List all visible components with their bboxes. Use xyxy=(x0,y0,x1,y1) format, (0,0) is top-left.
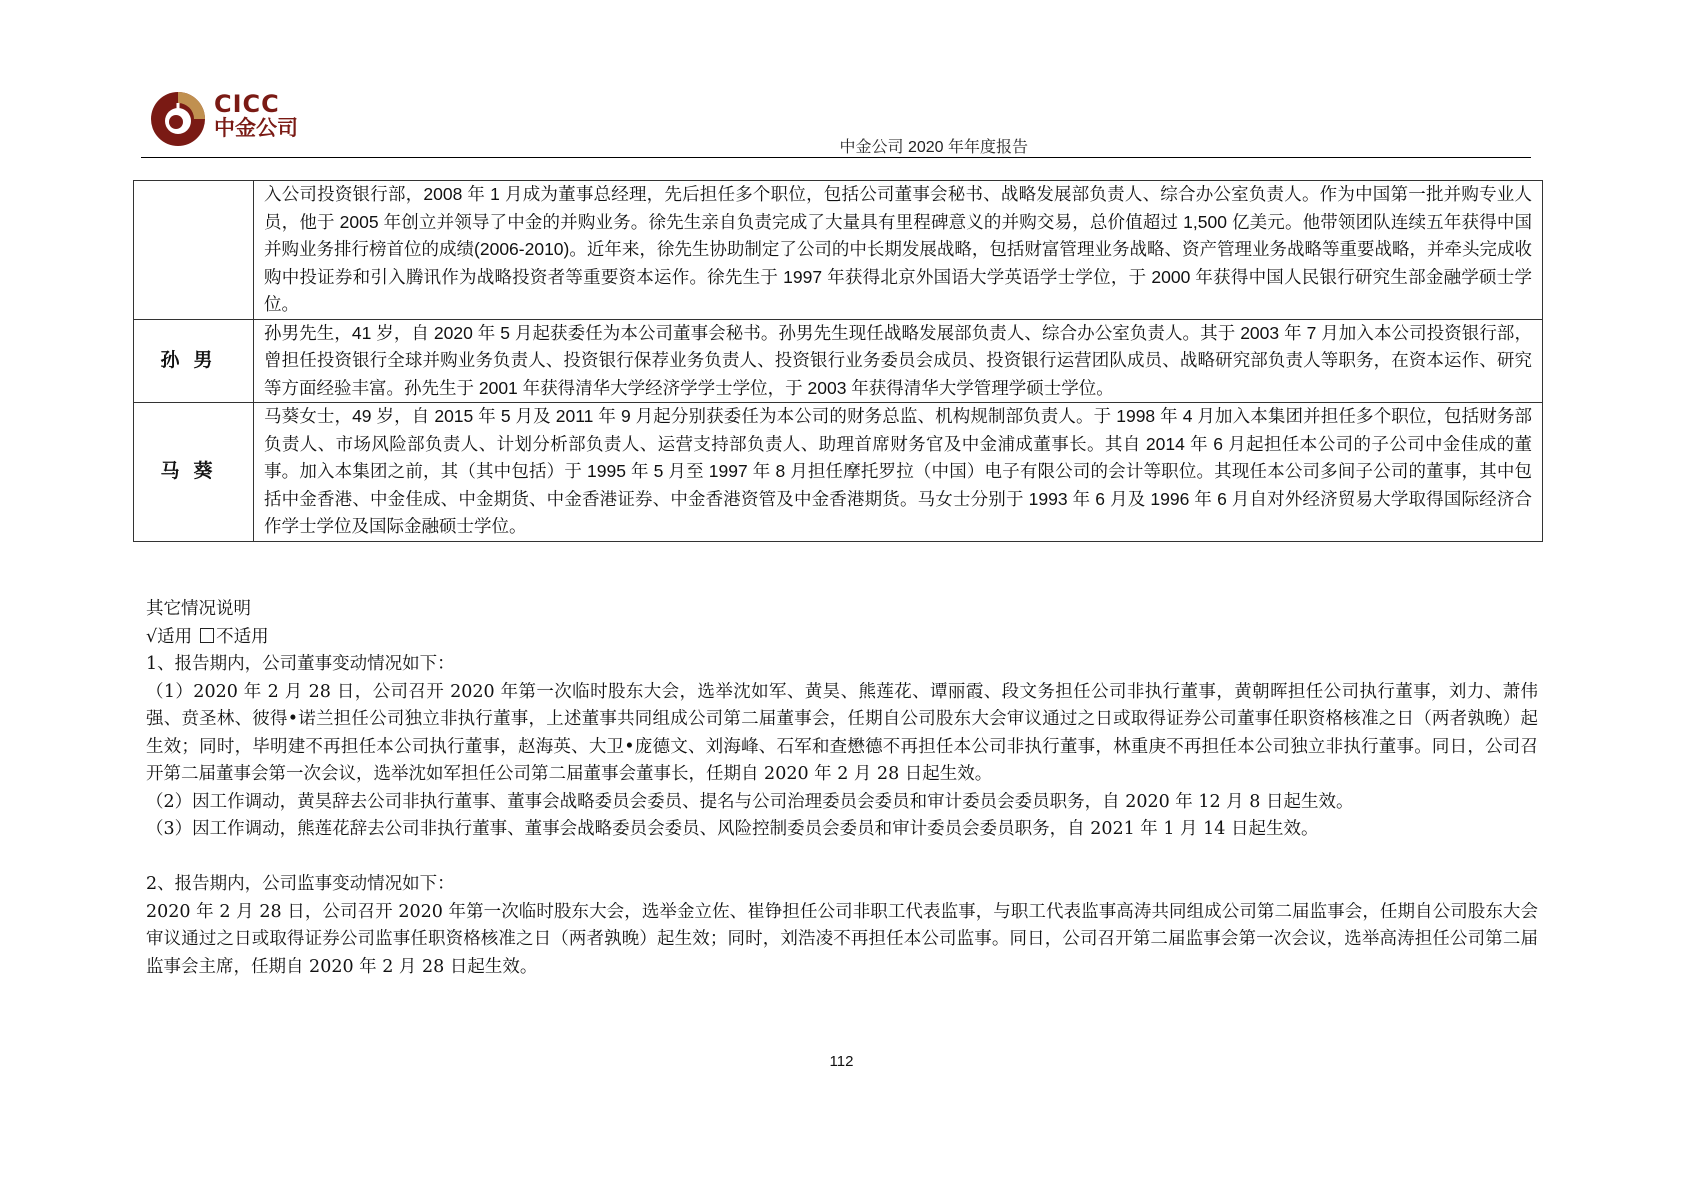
not-applicable-label: 不适用 xyxy=(216,627,269,647)
bio-name-cell: 马葵 xyxy=(134,403,254,542)
logo-text-cn: 中金公司 xyxy=(214,118,298,139)
bio-name-cell: 孙男 xyxy=(134,319,254,403)
applicability-line: √适用不适用 xyxy=(146,624,1538,652)
section-heading: 其它情况说明 xyxy=(146,596,1538,624)
bio-description-cell: 孙男先生，41 岁，自 2020 年 5 月起获委任为本公司董事会秘书。孙男先生… xyxy=(254,319,1543,403)
other-info-section: 其它情况说明 √适用不适用 1、报告期内，公司董事变动情况如下： （1）2020… xyxy=(146,596,1538,981)
header-divider xyxy=(141,157,1531,158)
empty-checkbox-icon xyxy=(200,628,214,643)
supervisors-change-heading: 2、报告期内，公司监事变动情况如下： xyxy=(146,871,1538,899)
logo-text: CICC 中金公司 xyxy=(214,92,298,139)
checkmark-icon: √ xyxy=(146,627,157,647)
page-number: 112 xyxy=(0,1053,1683,1070)
table-row: 入公司投资银行部，2008 年 1 月成为董事总经理，先后担任多个职位，包括公司… xyxy=(134,181,1543,320)
bio-description-cell: 马葵女士，49 岁，自 2015 年 5 月及 2011 年 9 月起分别获委任… xyxy=(254,403,1543,542)
executive-bio-table: 入公司投资银行部，2008 年 1 月成为董事总经理，先后担任多个职位，包括公司… xyxy=(133,180,1543,542)
table-row: 孙男 孙男先生，41 岁，自 2020 年 5 月起获委任为本公司董事会秘书。孙… xyxy=(134,319,1543,403)
report-title: 中金公司 2020 年年度报告 xyxy=(840,134,1029,157)
bio-name-cell xyxy=(134,181,254,320)
directors-change-item: （1）2020 年 2 月 28 日，公司召开 2020 年第一次临时股东大会，… xyxy=(146,679,1538,789)
bio-description-cell: 入公司投资银行部，2008 年 1 月成为董事总经理，先后担任多个职位，包括公司… xyxy=(254,181,1543,320)
directors-change-item: （2）因工作调动，黄昊辞去公司非执行董事、董事会战略委员会委员、提名与公司治理委… xyxy=(146,789,1538,817)
spacer xyxy=(146,844,1538,872)
supervisors-change-text: 2020 年 2 月 28 日，公司召开 2020 年第一次临时股东大会，选举金… xyxy=(146,899,1538,982)
applicable-label: 适用 xyxy=(157,627,192,647)
logo-text-en: CICC xyxy=(214,92,298,116)
cicc-logo-icon xyxy=(150,91,206,147)
directors-change-heading: 1、报告期内，公司董事变动情况如下： xyxy=(146,651,1538,679)
table-row: 马葵 马葵女士，49 岁，自 2015 年 5 月及 2011 年 9 月起分别… xyxy=(134,403,1543,542)
directors-change-item: （3）因工作调动，熊莲花辞去公司非执行董事、董事会战略委员会委员、风险控制委员会… xyxy=(146,816,1538,844)
